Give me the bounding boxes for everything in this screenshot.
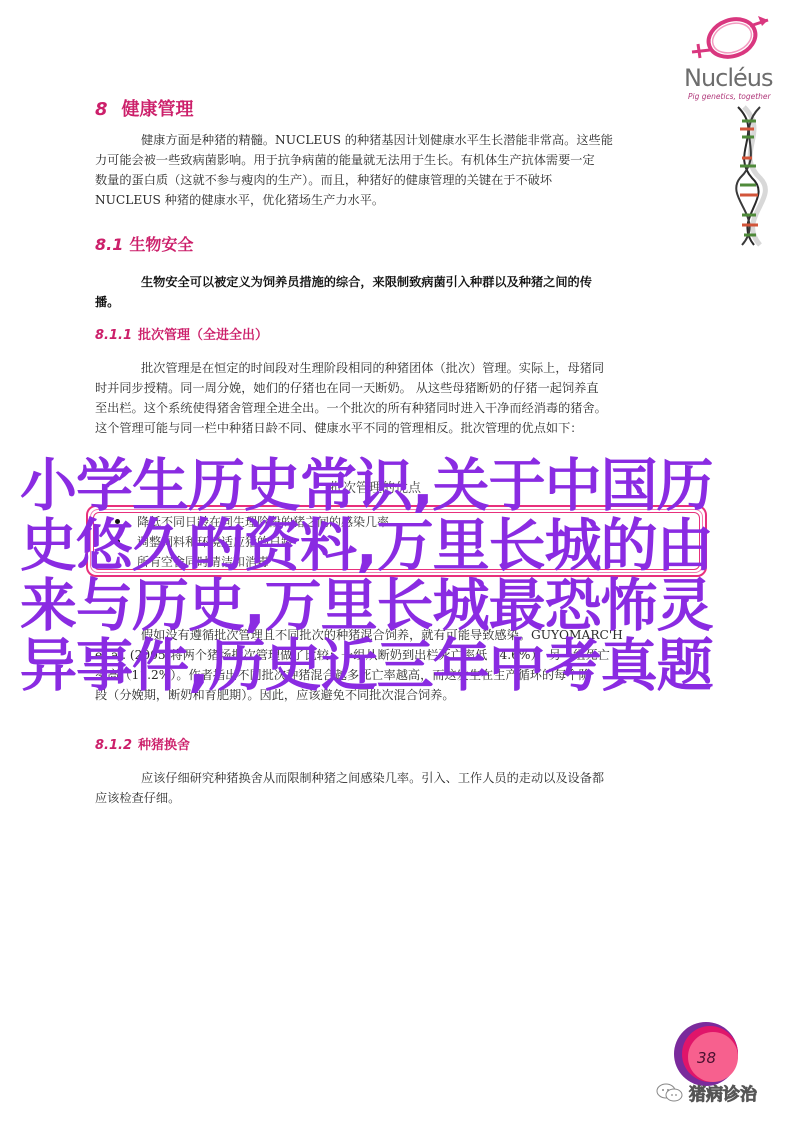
section-title: 生物安全 — [129, 235, 193, 254]
section-heading-8-1-2: 8.1.2种猪换舍 — [95, 734, 190, 753]
paragraph-line: 至出栏。这个系统使得猪舍管理全进全出。一个批次的所有种猪同时进入干净而经消毒的猪… — [95, 398, 707, 418]
logo-tagline: Pig genetics, together — [688, 92, 771, 101]
dna-helix-icon — [730, 103, 780, 248]
paragraph-line: 健康方面是种猪的精髓。NUCLEUS 的种猪基因计划健康水平生长潜能非常高。这些… — [95, 130, 707, 150]
nucleus-logo: Nucléus Pig genetics, together — [680, 12, 780, 94]
overlay-line: 来与历史,万里长城最恐怖灵 — [20, 576, 780, 636]
gender-symbol-icon — [690, 12, 770, 64]
overlay-headline: 小学生历史常识,关于中国历 史悠久的资料,万里长城的由 来与历史,万里长城最恐怖… — [20, 456, 780, 696]
logo-name: Nucléus — [684, 64, 773, 92]
section-title: 健康管理 — [122, 99, 194, 120]
section-heading-8: 8健康管理 — [95, 95, 194, 121]
document-page: Nucléus Pig genetics, together 8健康管理 健康方… — [0, 0, 794, 1123]
section-8-1-paragraph: 生物安全可以被定义为饲养员措施的综合，来限制致病菌引入种群以及种猪之间的传 播。 — [95, 272, 707, 312]
overlay-line: 小学生历史常识,关于中国历 — [20, 456, 780, 516]
paragraph-line: 生物安全可以被定义为饲养员措施的综合，来限制致病菌引入种群以及种猪之间的传 — [95, 272, 707, 292]
section-heading-8-1: 8.1生物安全 — [95, 232, 193, 255]
paragraph-line: 批次管理是在恒定的时间段对生理阶段相同的种猪团体（批次）管理。实际上，母猪同 — [95, 358, 707, 378]
section-title: 种猪换舍 — [138, 738, 190, 753]
paragraph-line: 数量的蛋白质（这就不参与瘦肉的生产）。而且，种猪好的健康管理的关键在于不破坏 — [95, 170, 707, 190]
paragraph-line: 应该检查仔细。 — [95, 788, 707, 808]
page-number: 38 — [697, 1049, 716, 1067]
watermark-text: 猪病诊治 — [689, 1080, 757, 1105]
section-heading-8-1-1: 8.1.1批次管理（全进全出） — [95, 324, 268, 343]
paragraph-line: NUCLEUS 种猪的健康水平，优化猪场生产力水平。 — [95, 190, 707, 210]
section-8-1-1-paragraph: 批次管理是在恒定的时间段对生理阶段相同的种猪团体（批次）管理。实际上，母猪同 时… — [95, 358, 707, 438]
paragraph-line: 应该仔细研究种猪换舍从而限制种猪之间感染几率。引入、工作人员的走动以及设备都 — [95, 768, 707, 788]
paragraph-line: 播。 — [95, 292, 707, 312]
overlay-line: 史悠久的资料,万里长城的由 — [20, 516, 780, 576]
section-8-paragraph: 健康方面是种猪的精髓。NUCLEUS 的种猪基因计划健康水平生长潜能非常高。这些… — [95, 130, 707, 210]
section-number: 8 — [95, 99, 108, 120]
section-number: 8.1.2 — [95, 738, 132, 753]
overlay-line: 异事件,历史近三年中考真题 — [20, 636, 780, 696]
watermark: 猪病诊治 — [655, 1080, 757, 1105]
paragraph-line: 力可能会被一些致病菌影响。用于抗争病菌的能量就无法用于生长。有机体生产抗体需要一… — [95, 150, 707, 170]
wechat-icon — [655, 1082, 685, 1104]
section-number: 8.1.1 — [95, 328, 132, 343]
section-number: 8.1 — [95, 235, 123, 254]
section-title: 批次管理（全进全出） — [138, 328, 268, 343]
section-8-1-2-paragraph: 应该仔细研究种猪换舍从而限制种猪之间感染几率。引入、工作人员的走动以及设备都 应… — [95, 768, 707, 808]
paragraph-line: 这个管理可能与同一栏中种猪日龄不同、健康水平不同的管理相反。批次管理的优点如下： — [95, 418, 707, 438]
paragraph-line: 时并同步授精。同一周分娩，她们的仔猪也在同一天断奶。 从这些母猪断奶的仔猪一起饲… — [95, 378, 707, 398]
